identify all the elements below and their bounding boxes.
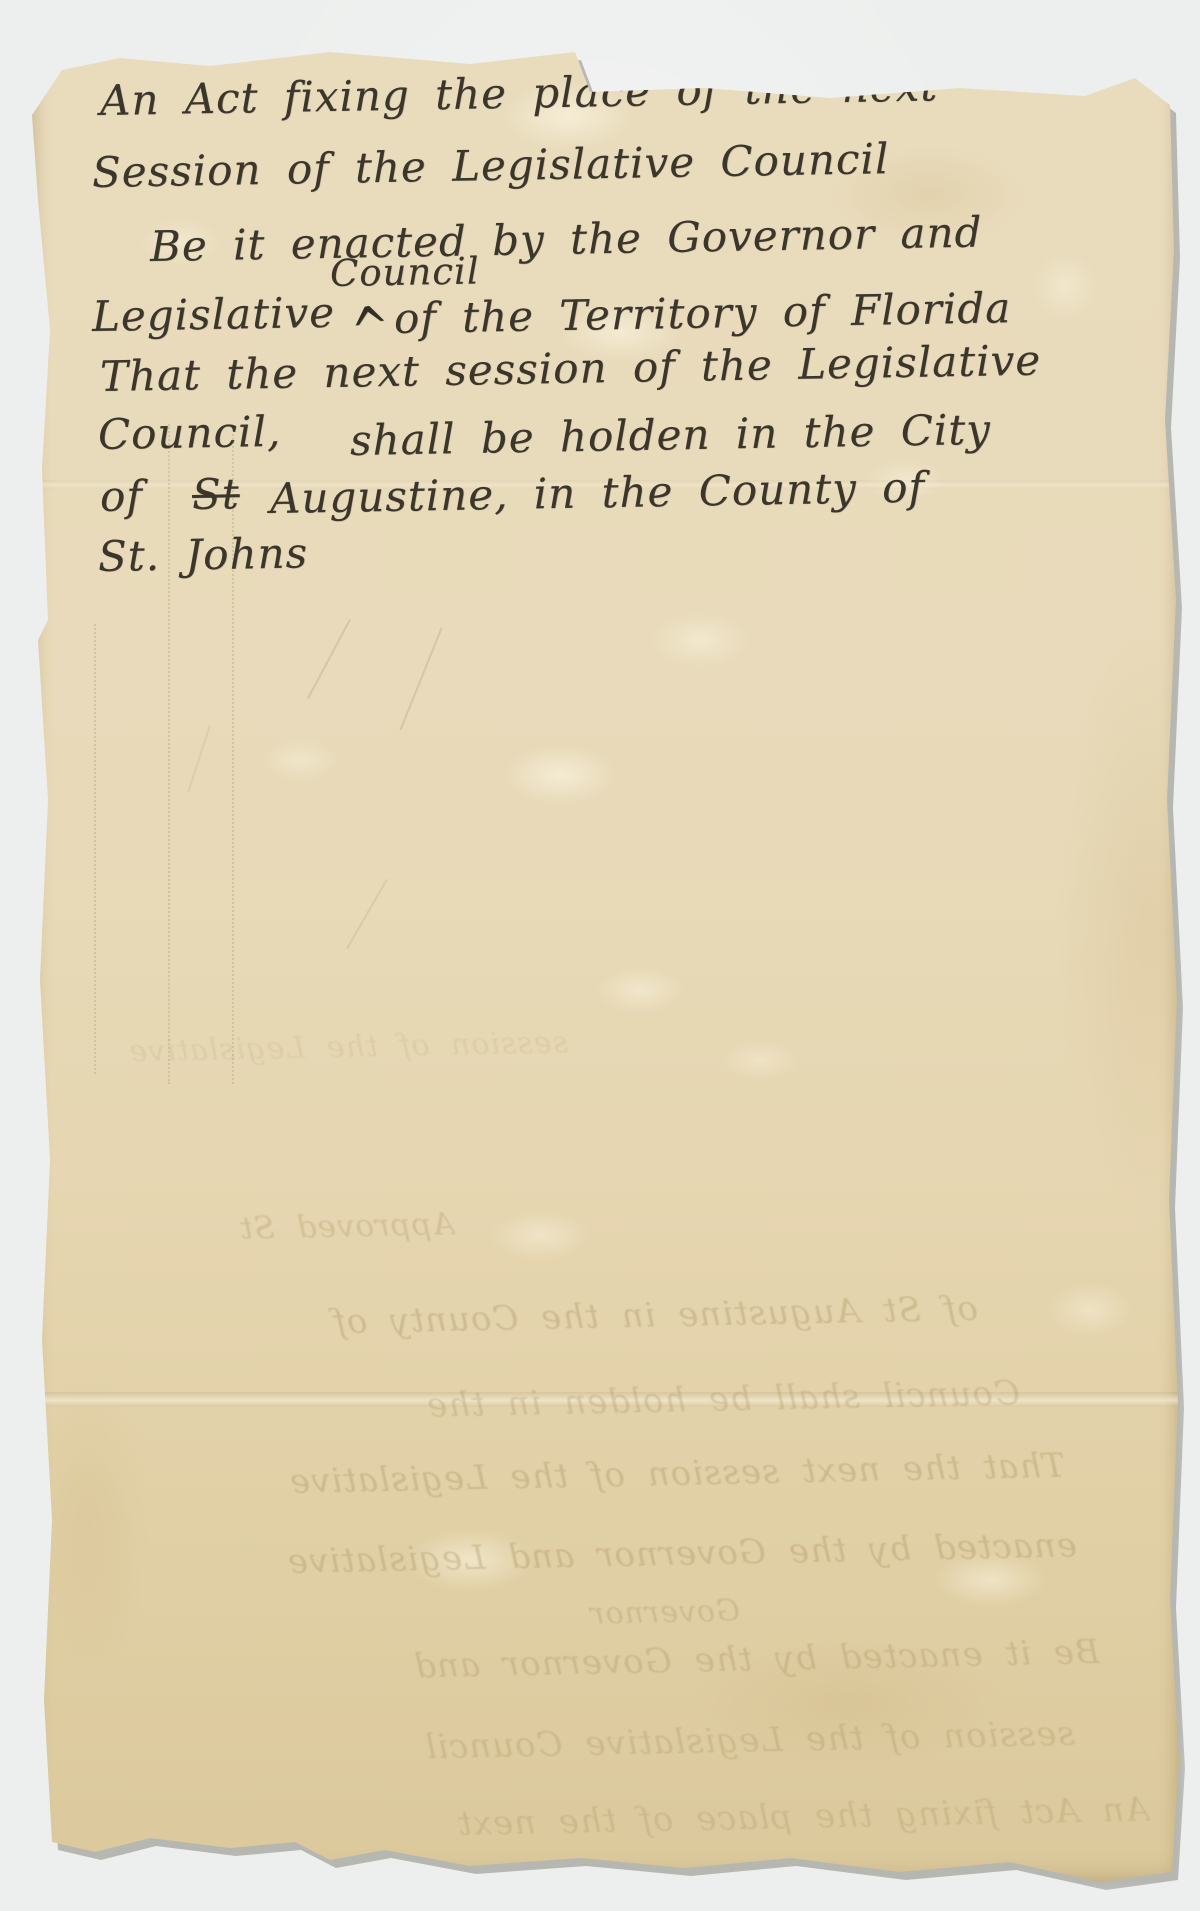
body-line-4: St. Johns	[98, 528, 309, 581]
bleedthrough-line: Be it enacted by the Governor and	[150, 1632, 1101, 1692]
body-line-2-left: Council,	[98, 407, 282, 459]
enacting-clause-line-2-right: of the Territory of Florida	[394, 283, 1012, 343]
heading-line-2: Session of the Legislative Council	[92, 134, 890, 197]
bleedthrough-line: That the next session of the Legislative	[80, 1446, 1066, 1507]
heading-line-1: An Act fixing the place of the next	[100, 61, 939, 125]
fold-crease	[28, 1392, 1184, 1407]
body-line-1: That the next session of the Legislative	[100, 336, 1042, 401]
enacting-clause-line-1: Be it enacted by the Governor and	[150, 207, 983, 271]
bleedthrough-line: enacted by the Governor and Legislative	[62, 1525, 1078, 1586]
bleedthrough-stray-mark	[307, 619, 351, 699]
bleedthrough-line: Approved St	[95, 1206, 456, 1250]
enacting-clause-line-2-left: Legislative	[92, 288, 336, 341]
bleedthrough-rule-line	[94, 624, 96, 1074]
body-line-3-left: of	[100, 471, 144, 521]
interlineation-word: Council	[330, 249, 480, 295]
bleedthrough-line: session of the Legislative Council	[90, 1714, 1076, 1775]
body-line-2-right: shall be holden in the City	[350, 405, 992, 465]
body-line-3-struck-word: St	[192, 469, 241, 519]
bleedthrough-line: Governor	[500, 1593, 741, 1633]
body-line-3-right: Augustine, in the County of	[270, 463, 926, 523]
bleedthrough-line: of St Augustine in the County of	[88, 1289, 979, 1348]
bleedthrough-rule-line	[168, 424, 170, 1084]
document-photo: session of the Legislative Approved St o…	[0, 0, 1200, 1911]
bleedthrough-line: An Act fixing the place of the next	[150, 1790, 1151, 1851]
bleedthrough-line: session of the Legislative	[98, 1025, 569, 1070]
bleedthrough-line: Council shall be holden in the	[90, 1373, 1021, 1432]
bleedthrough-stray-mark	[399, 628, 442, 731]
bleedthrough-stray-mark	[187, 725, 211, 792]
bleedthrough-stray-mark	[346, 879, 388, 949]
manuscript-page: session of the Legislative Approved St o…	[28, 24, 1184, 1888]
